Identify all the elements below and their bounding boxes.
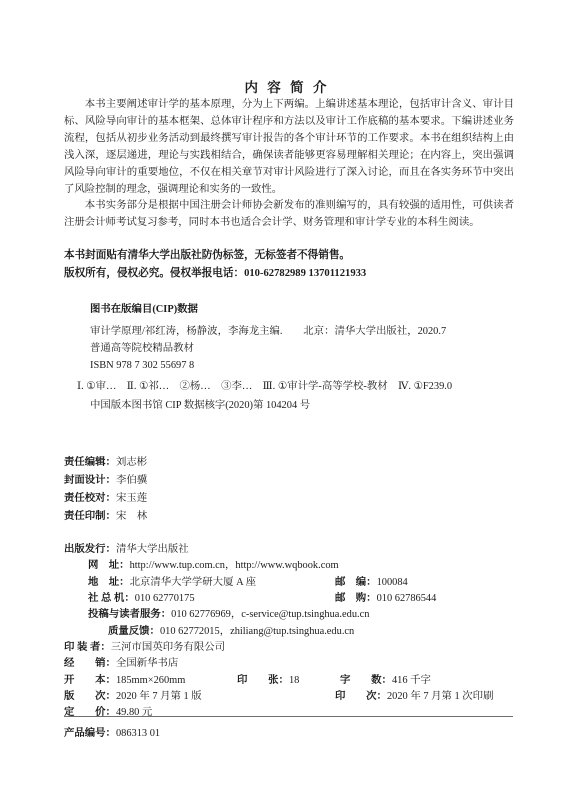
copyright-hotline-line: 版权所有，侵权必究。侵权举报电话：010-62782989 1370112193… xyxy=(64,265,514,283)
credit-label: 封面设计： xyxy=(64,475,116,486)
publisher-label: 出版发行： xyxy=(64,544,116,555)
bottom-divider xyxy=(64,716,513,717)
product-code-row: 产品编号：086313 01 xyxy=(64,724,160,739)
postcode-label: 邮 编： xyxy=(335,577,377,588)
edition-label: 版 次： xyxy=(64,691,116,702)
impression-label: 印 次： xyxy=(335,691,387,702)
word-count-value: 416 千字 xyxy=(392,675,431,686)
credit-row-proofreader: 责任校对：宋玉莲 xyxy=(64,490,147,508)
edition-value: 2020 年 7 月第 1 版 xyxy=(116,691,202,702)
anti-counterfeit-line: 本书封面贴有清华大学出版社防伪标签，无标签者不得销售。 xyxy=(64,247,514,265)
quality-feedback-label: 质量反馈： xyxy=(108,626,160,637)
anti-counterfeit-notice: 本书封面贴有清华大学出版社防伪标签，无标签者不得销售。 版权所有，侵权必究。侵权… xyxy=(64,247,514,282)
printer-row: 印 装 者：三河市国英印务有限公司 xyxy=(64,640,514,656)
credit-row-print-supervisor: 责任印制：宋 林 xyxy=(64,508,147,526)
impression-cell: 印 次：2020 年 7 月第 1 次印刷 xyxy=(335,689,493,705)
mail-order-value: 010 62786544 xyxy=(377,593,437,604)
switchboard-value: 010 62770175 xyxy=(135,593,195,604)
intro-paragraph-1: 本书主要阐述审计学的基本原理，分为上下两编。上编讲述基本理论，包括审计含义、审计… xyxy=(64,97,514,198)
intro-paragraph-2: 本书实务部分是根据中国注册会计师协会新发布的准则编写的，具有较强的适用性，可供读… xyxy=(64,198,514,232)
sheets-value: 18 xyxy=(289,675,299,686)
format-row: 开 本：185mm×260mm 印 张：18 字 数：416 千字 xyxy=(64,673,514,689)
website-label: 网 址： xyxy=(88,560,130,571)
price-row: 定 价：49.80 元 xyxy=(64,705,514,721)
cip-classification: Ⅰ. ①审… Ⅱ. ①祁… ②杨… ③李… Ⅲ. ①审计学-高等学校-教材 Ⅳ.… xyxy=(64,378,514,395)
cip-block: 图书在版编目(CIP)数据 审计学原理/祁红涛，杨静波，李海龙主编. 北京：清华… xyxy=(64,300,514,414)
cip-header: 图书在版编目(CIP)数据 xyxy=(64,300,514,315)
edition-row: 版 次：2020 年 7 月第 1 版 印 次：2020 年 7 月第 1 次印… xyxy=(64,689,514,705)
copyright-page: 内 容 简 介 本书主要阐述审计学的基本原理，分为上下两编。上编讲述基本理论，包… xyxy=(0,0,574,800)
sheets-label: 印 张： xyxy=(237,675,289,686)
printer-label: 印 装 者： xyxy=(64,642,111,653)
reader-service-row: 投稿与读者服务：010 62776969，c-service@tup.tsing… xyxy=(64,607,514,623)
cip-series-line: 普通高等院校精品教材 xyxy=(64,340,514,357)
cip-title-line: 审计学原理/祁红涛，杨静波，李海龙主编. 北京：清华大学出版社，2020.7 xyxy=(64,323,514,340)
address-value: 北京清华大学学研大厦 A 座 xyxy=(130,577,256,588)
switchboard-label: 社 总 机： xyxy=(88,593,135,604)
postcode-value: 100084 xyxy=(377,577,408,588)
format-value: 185mm×260mm xyxy=(116,675,185,686)
isbn-line: ISBN 978 7 302 55697 8 xyxy=(64,357,514,374)
credit-value: 宋玉莲 xyxy=(116,493,147,504)
distributor-row: 经 销：全国新华书店 xyxy=(64,656,514,672)
reader-service-label: 投稿与读者服务： xyxy=(88,609,171,620)
distributor-value: 全国新华书店 xyxy=(116,658,178,669)
website-value: http://www.tup.com.cn，http://www.wqbook.… xyxy=(130,560,339,571)
credit-label: 责任编辑： xyxy=(64,457,116,468)
quality-feedback-row: 质量反馈：010 62772015，zhiliang@tup.tsinghua.… xyxy=(64,624,514,640)
credits-block: 责任编辑：刘志彬 封面设计：李伯骥 责任校对：宋玉莲 责任印制：宋 林 xyxy=(64,454,147,526)
intro-title: 内 容 简 介 xyxy=(0,76,574,96)
address-label: 地 址： xyxy=(88,577,130,588)
word-count-label: 字 数： xyxy=(340,675,392,686)
credit-value: 宋 林 xyxy=(116,511,147,522)
credit-label: 责任印制： xyxy=(64,511,116,522)
printer-value: 三河市国英印务有限公司 xyxy=(111,642,225,653)
format-label: 开 本： xyxy=(64,675,116,686)
quality-feedback-value: 010 62772015，zhiliang@tup.tsinghua.edu.c… xyxy=(160,626,354,637)
product-code-value: 086313 01 xyxy=(116,728,160,739)
publication-block: 出版发行：清华大学出版社 网 址：http://www.tup.com.cn，h… xyxy=(64,542,514,722)
mail-order-label: 邮 购： xyxy=(335,593,377,604)
credit-value: 李伯骥 xyxy=(116,475,147,486)
distributor-label: 经 销： xyxy=(64,658,116,669)
sheets-cell: 印 张：18 xyxy=(237,673,299,689)
cip-record-number: 中国版本图书馆 CIP 数据核字(2020)第 104204 号 xyxy=(64,397,514,414)
impression-value: 2020 年 7 月第 1 次印刷 xyxy=(387,691,494,702)
website-row: 网 址：http://www.tup.com.cn，http://www.wqb… xyxy=(64,558,514,574)
address-row: 地 址：北京清华大学学研大厦 A 座 邮 编：100084 xyxy=(64,575,514,591)
intro-body: 本书主要阐述审计学的基本原理，分为上下两编。上编讲述基本理论，包括审计含义、审计… xyxy=(64,97,514,232)
publisher-row: 出版发行：清华大学出版社 xyxy=(64,542,514,558)
word-count-cell: 字 数：416 千字 xyxy=(340,673,431,689)
product-code-label: 产品编号： xyxy=(64,728,116,739)
credit-value: 刘志彬 xyxy=(116,457,147,468)
credit-row-cover-design: 封面设计：李伯骥 xyxy=(64,472,147,490)
credit-label: 责任校对： xyxy=(64,493,116,504)
switchboard-row: 社 总 机：010 62770175 邮 购：010 62786544 xyxy=(64,591,514,607)
reader-service-value: 010 62776969，c-service@tup.tsinghua.edu.… xyxy=(171,609,369,620)
mail-order-cell: 邮 购：010 62786544 xyxy=(335,591,436,607)
credit-row-editor: 责任编辑：刘志彬 xyxy=(64,454,147,472)
postcode-cell: 邮 编：100084 xyxy=(335,575,408,591)
publisher-value: 清华大学出版社 xyxy=(116,544,189,555)
